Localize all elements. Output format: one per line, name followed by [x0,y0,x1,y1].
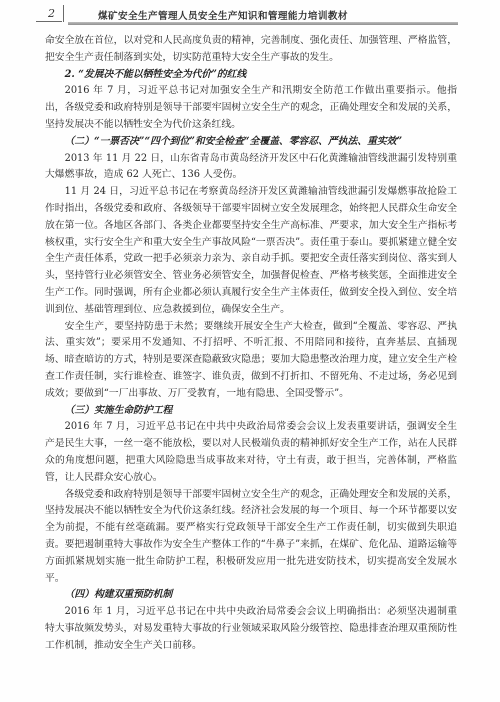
body-paragraph: 2016 年 7 月，习近平总书记在中共中央政治局常委会会议上发表重要讲话，强调… [45,419,457,486]
body-paragraph: 各级党委和政府特别是领导干部要牢固树立安全生产的观念，正确处理安全和发展的关系，… [45,487,457,588]
section-heading: （四）构建双重预防机制 [45,587,457,604]
page-number-value: 2 [48,7,55,20]
page-number-underline [36,21,62,22]
body-paragraph: 安全生产，要坚持防患于未然；要继续开展安全生产大检查，做到“全覆盖、零容忍、严执… [45,319,457,403]
body-paragraph: 2013 年 11 月 22 日，山东省青岛市黄岛经济开发区中石化黄潍输油管线泄… [45,151,457,185]
body-paragraph: 2016 年 7 月，习近平总书记对加强安全生产和汛期安全防范工作做出重要指示。… [45,83,457,133]
book-page: 2 煤矿安全生产管理人员安全生产知识和管理能力培训教材 命安全放在首位，以对党和… [0,0,500,702]
book-title: 煤矿安全生产管理人员安全生产知识和管理能力培训教材 [98,8,348,22]
page-body: 命安全放在首位，以对党和人民高度负责的精神，完善制度、强化责任、加强管理、严格监… [45,33,457,654]
section-heading: （二）“一票否决”“四个到位”和安全检查“全覆盖、零容忍、严执法、重实效” [45,134,457,151]
body-paragraph: 11 月 24 日，习近平总书记在考察黄岛经济开发区黄潍输油管线泄漏引发爆燃事故… [45,184,457,318]
header-rule [68,22,458,25]
section-heading: 2. “发展决不能以牺牲安全为代价”的红线 [45,67,457,84]
running-header: 2 煤矿安全生产管理人员安全生产知识和管理能力培训教材 [40,5,458,27]
section-heading: （三）实施生命防护工程 [45,403,457,420]
page-number: 2 [40,5,64,22]
body-paragraph: 命安全放在首位，以对党和人民高度负责的精神，完善制度、强化责任、加强管理、严格监… [45,33,457,67]
body-paragraph: 2016 年 1 月，习近平总书记在中共中央政治局常委会会议上明确指出：必须坚决… [45,604,457,654]
